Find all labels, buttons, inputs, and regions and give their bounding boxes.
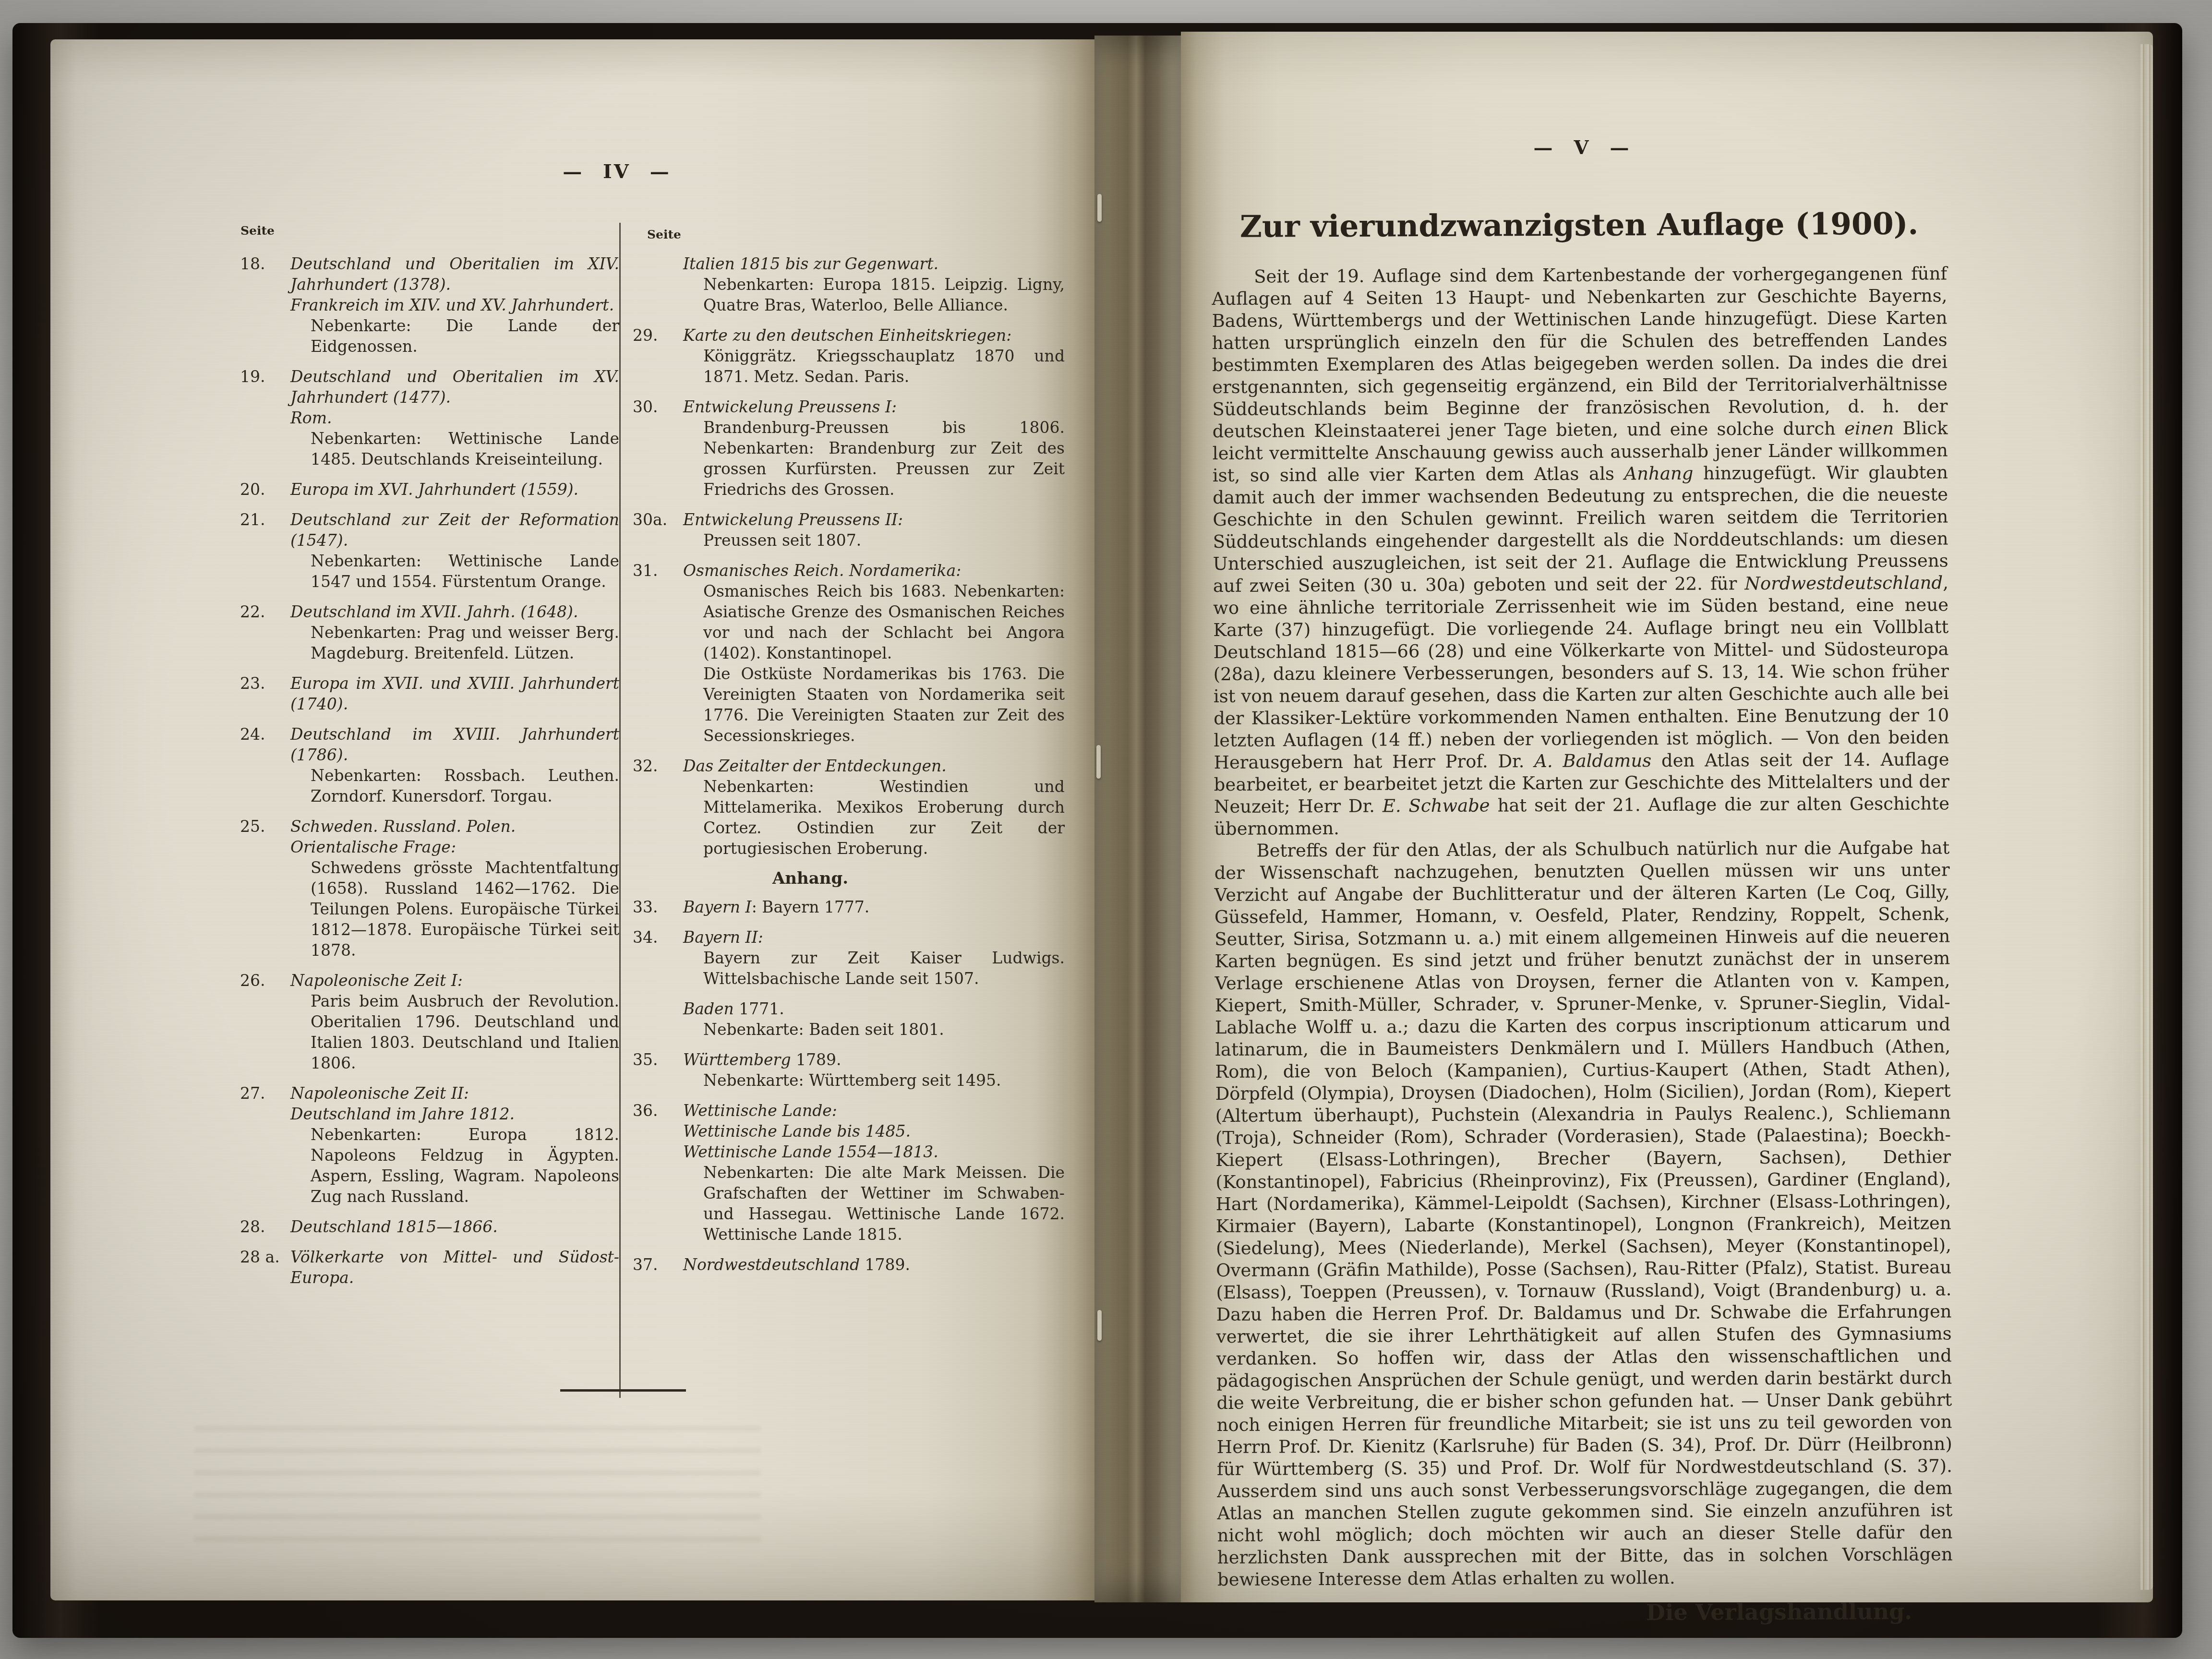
item-title-2: Wettinische Lande bis 1485. <box>683 1121 1065 1142</box>
item-title: Völkerkarte von Mittel- und Südost-Europ… <box>290 1247 619 1288</box>
item-title: Europa im XVI. Jahrhundert (1559). <box>290 479 619 500</box>
item-title: Bayern I: Bayern 1777. <box>683 897 1065 917</box>
item-number: 37. <box>633 1254 658 1275</box>
toc-item: 27. Napoleonische Zeit II: Deutschland i… <box>240 1083 619 1207</box>
item-number: 35. <box>633 1049 658 1070</box>
toc-item: 33. Bayern I: Bayern 1777. <box>633 897 1065 917</box>
toc-item: 30. Entwickelung Preussens I: Brandenbur… <box>633 397 1065 500</box>
toc-item: 35. Württemberg 1789. Nebenkarte: Württe… <box>633 1049 1065 1091</box>
toc-item: 28 a. Völkerkarte von Mittel- und Südost… <box>240 1247 619 1288</box>
item-number: 30. <box>633 397 658 417</box>
toc-item: 25. Schweden. Russland. Polen. Orientali… <box>240 816 619 961</box>
preface: Zur vierundzwanzigsten Auflage (1900). S… <box>1212 205 1953 1627</box>
toc-item: 20. Europa im XVI. Jahrhundert (1559). <box>240 479 619 500</box>
item-title: Europa im XVII. und XVIII. Jahrhundert (… <box>290 673 619 714</box>
item-title: Bayern II: <box>683 927 1065 948</box>
item-title: Das Zeitalter der Entdeckungen. <box>683 756 1065 776</box>
item-number: 31. <box>633 560 658 581</box>
toc-item: 22. Deutschland im XVII. Jahrh. (1648). … <box>240 601 619 663</box>
binding-stitch-thread <box>1097 1310 1102 1341</box>
preface-title: Zur vierundzwanzigsten Auflage (1900). <box>1212 205 1947 245</box>
item-note: Königgrätz. Kriegsschauplatz 1870 und 18… <box>683 346 1065 387</box>
toc-item: 19. Deutschland und Oberitalien im XV. J… <box>240 366 619 469</box>
toc-item: 37. Nordwestdeutschland 1789. <box>633 1254 1065 1275</box>
item-title: Wettinische Lande: <box>683 1100 1065 1121</box>
seite-column-header-1: Seite <box>240 224 275 238</box>
item-title: Württemberg 1789. <box>683 1049 1065 1070</box>
item-title: Napoleonische Zeit II: <box>290 1083 619 1104</box>
toc-item: 26. Napoleonische Zeit I: Paris beim Aus… <box>240 970 619 1073</box>
item-number: 29. <box>633 325 658 346</box>
anhang-list: 33. Bayern I: Bayern 1777. 34. Bayern II… <box>633 897 1065 1275</box>
preface-paragraph-1: Seit der 19. Auflage sind dem Kartenbest… <box>1212 263 1949 840</box>
item-note: Osmanisches Reich bis 1683. Nebenkarten:… <box>683 581 1065 663</box>
item-note: Nebenkarte: Die Lande der Eidgenossen. <box>290 315 619 357</box>
toc-item: 21. Deutschland zur Zeit der Reformation… <box>240 509 619 592</box>
item-number: 33. <box>633 897 658 917</box>
item-note: Nebenkarten: Rossbach. Leuthen. Zorndorf… <box>290 765 619 806</box>
preface-paragraph-2: Betreffs der für den Atlas, der als Schu… <box>1214 837 1953 1591</box>
item-number: 19. <box>240 366 265 387</box>
item-title: Italien 1815 bis zur Gegenwart. <box>683 253 1065 274</box>
item-note: Nebenkarten: Europa 1812. Napoleons Feld… <box>290 1124 619 1207</box>
toc-item: 31. Osmanisches Reich. Nordamerika: Osma… <box>633 560 1065 746</box>
item-number: 20. <box>240 479 265 500</box>
item-number: 26. <box>240 970 265 991</box>
toc-column-1: 18. Deutschland und Oberitalien im XIV. … <box>240 253 619 1298</box>
item-number: 21. <box>240 509 265 530</box>
item-note: Preussen seit 1807. <box>683 530 1065 551</box>
toc-column-2: Italien 1815 bis zur Gegenwart. Nebenkar… <box>633 253 1065 1285</box>
item-title: Karte zu den deutschen Einheitskriegen: <box>683 325 1065 346</box>
item-note: Schwedens grösste Machtentfaltung (1658)… <box>290 857 619 961</box>
anhang-heading: Anhang. <box>633 868 988 889</box>
section-end-rule <box>560 1389 686 1392</box>
item-title: Deutschland und Oberitalien im XIV. Jahr… <box>290 253 619 295</box>
item-number: 23. <box>240 673 265 694</box>
publisher-signature: Die Verlagshandlung. <box>1217 1598 1953 1627</box>
item-note: Nebenkarten: Europa 1815. Leipzig. Ligny… <box>683 274 1065 315</box>
left-page: — IV — Seite Seite 18. Deutschland und O… <box>50 39 1094 1600</box>
binding-stitch-thread <box>1097 194 1102 222</box>
item-title-2: Frankreich im XIV. und XV. Jahrhundert. <box>290 295 619 315</box>
item-title: Baden 1771. <box>683 998 1065 1019</box>
item-note: Bayern zur Zeit Kaiser Ludwigs. Wittelsb… <box>683 948 1065 989</box>
item-number: 27. <box>240 1083 265 1104</box>
toc-column-2-list: Italien 1815 bis zur Gegenwart. Nebenkar… <box>633 253 1065 859</box>
item-note: Nebenkarten: Westindien und Mittelamerik… <box>683 776 1065 859</box>
item-number: 34. <box>633 927 658 948</box>
left-page-number: — IV — <box>50 160 1183 183</box>
toc-item: 23. Europa im XVII. und XVIII. Jahrhunde… <box>240 673 619 714</box>
item-number: 25. <box>240 816 265 837</box>
item-title: Nordwestdeutschland 1789. <box>683 1254 1065 1275</box>
item-title: Osmanisches Reich. Nordamerika: <box>683 560 1065 581</box>
item-title: Deutschland 1815—1866. <box>290 1216 619 1237</box>
book-gutter <box>1094 36 1182 1602</box>
item-number: 22. <box>240 601 265 622</box>
toc-item: 34. Bayern II: Bayern zur Zeit Kaiser Lu… <box>633 927 1065 989</box>
toc-item: 36. Wettinische Lande: Wettinische Lande… <box>633 1100 1065 1245</box>
item-note: Paris beim Ausbruch der Revolution. Ober… <box>290 991 619 1073</box>
right-page-number: — V — <box>1214 136 1950 159</box>
toc-item: 28. Deutschland 1815—1866. <box>240 1216 619 1237</box>
toc-item: 29. Karte zu den deutschen Einheitskrieg… <box>633 325 1065 387</box>
right-page: — V — Zur vierundzwanzigsten Auflage (19… <box>1181 32 2153 1602</box>
item-title: Entwickelung Preussens II: <box>683 509 1065 530</box>
book-photo: { "photo": { "backdrop_color": "#b5b4b0"… <box>0 0 2212 1659</box>
show-through-ghost-text <box>194 1417 761 1547</box>
item-title: Entwickelung Preussens I: <box>683 397 1065 417</box>
toc-item: 18. Deutschland und Oberitalien im XIV. … <box>240 253 619 357</box>
item-note: Nebenkarte: Württemberg seit 1495. <box>683 1070 1065 1091</box>
item-note: Nebenkarten: Prag und weisser Berg. Magd… <box>290 622 619 663</box>
item-number: 18. <box>240 253 265 274</box>
item-note: Nebenkarten: Wettinische Lande 1485. Deu… <box>290 428 619 469</box>
item-note: Nebenkarten: Die alte Mark Meissen. Die … <box>683 1162 1065 1245</box>
toc-item: 32. Das Zeitalter der Entdeckungen. Nebe… <box>633 756 1065 859</box>
item-title: Napoleonische Zeit I: <box>290 970 619 991</box>
page-stack-edge <box>2140 44 2153 1590</box>
item-title: Schweden. Russland. Polen. <box>290 816 619 837</box>
item-note: Nebenkarte: Baden seit 1801. <box>683 1019 1065 1040</box>
item-title-2: Rom. <box>290 408 619 428</box>
item-title-2: Deutschland im Jahre 1812. <box>290 1104 619 1124</box>
toc-item: 30a. Entwickelung Preussens II: Preussen… <box>633 509 1065 551</box>
item-number: 28. <box>240 1216 265 1237</box>
item-number: 28 a. <box>240 1247 280 1267</box>
item-note: Brandenburg-Preussen bis 1806. Nebenkart… <box>683 417 1065 500</box>
item-title: Deutschland im XVIII. Jahrhundert (1786)… <box>290 724 619 765</box>
item-number: 32. <box>633 756 658 776</box>
toc-item: Baden 1771. Nebenkarte: Baden seit 1801. <box>633 998 1065 1040</box>
column-divider-rule <box>619 223 621 1398</box>
item-title-3: Wettinische Lande 1554—1813. <box>683 1142 1065 1162</box>
seite-column-header-2: Seite <box>647 228 681 241</box>
item-title: Deutschland im XVII. Jahrh. (1648). <box>290 601 619 622</box>
toc-item: Italien 1815 bis zur Gegenwart. Nebenkar… <box>633 253 1065 315</box>
item-number: 24. <box>240 724 265 745</box>
item-title-2: Orientalische Frage: <box>290 837 619 857</box>
item-title: Deutschland zur Zeit der Reformation (15… <box>290 509 619 551</box>
item-note: Nebenkarten: Wettinische Lande 1547 und … <box>290 551 619 592</box>
binding-stitch-thread <box>1096 745 1101 779</box>
item-number: 36. <box>633 1100 658 1121</box>
toc-item: 24. Deutschland im XVIII. Jahrhundert (1… <box>240 724 619 806</box>
item-number: 30a. <box>633 509 667 530</box>
item-title: Deutschland und Oberitalien im XV. Jahrh… <box>290 366 619 408</box>
item-note-2: Die Ostküste Nordamerikas bis 1763. Die … <box>683 663 1065 746</box>
